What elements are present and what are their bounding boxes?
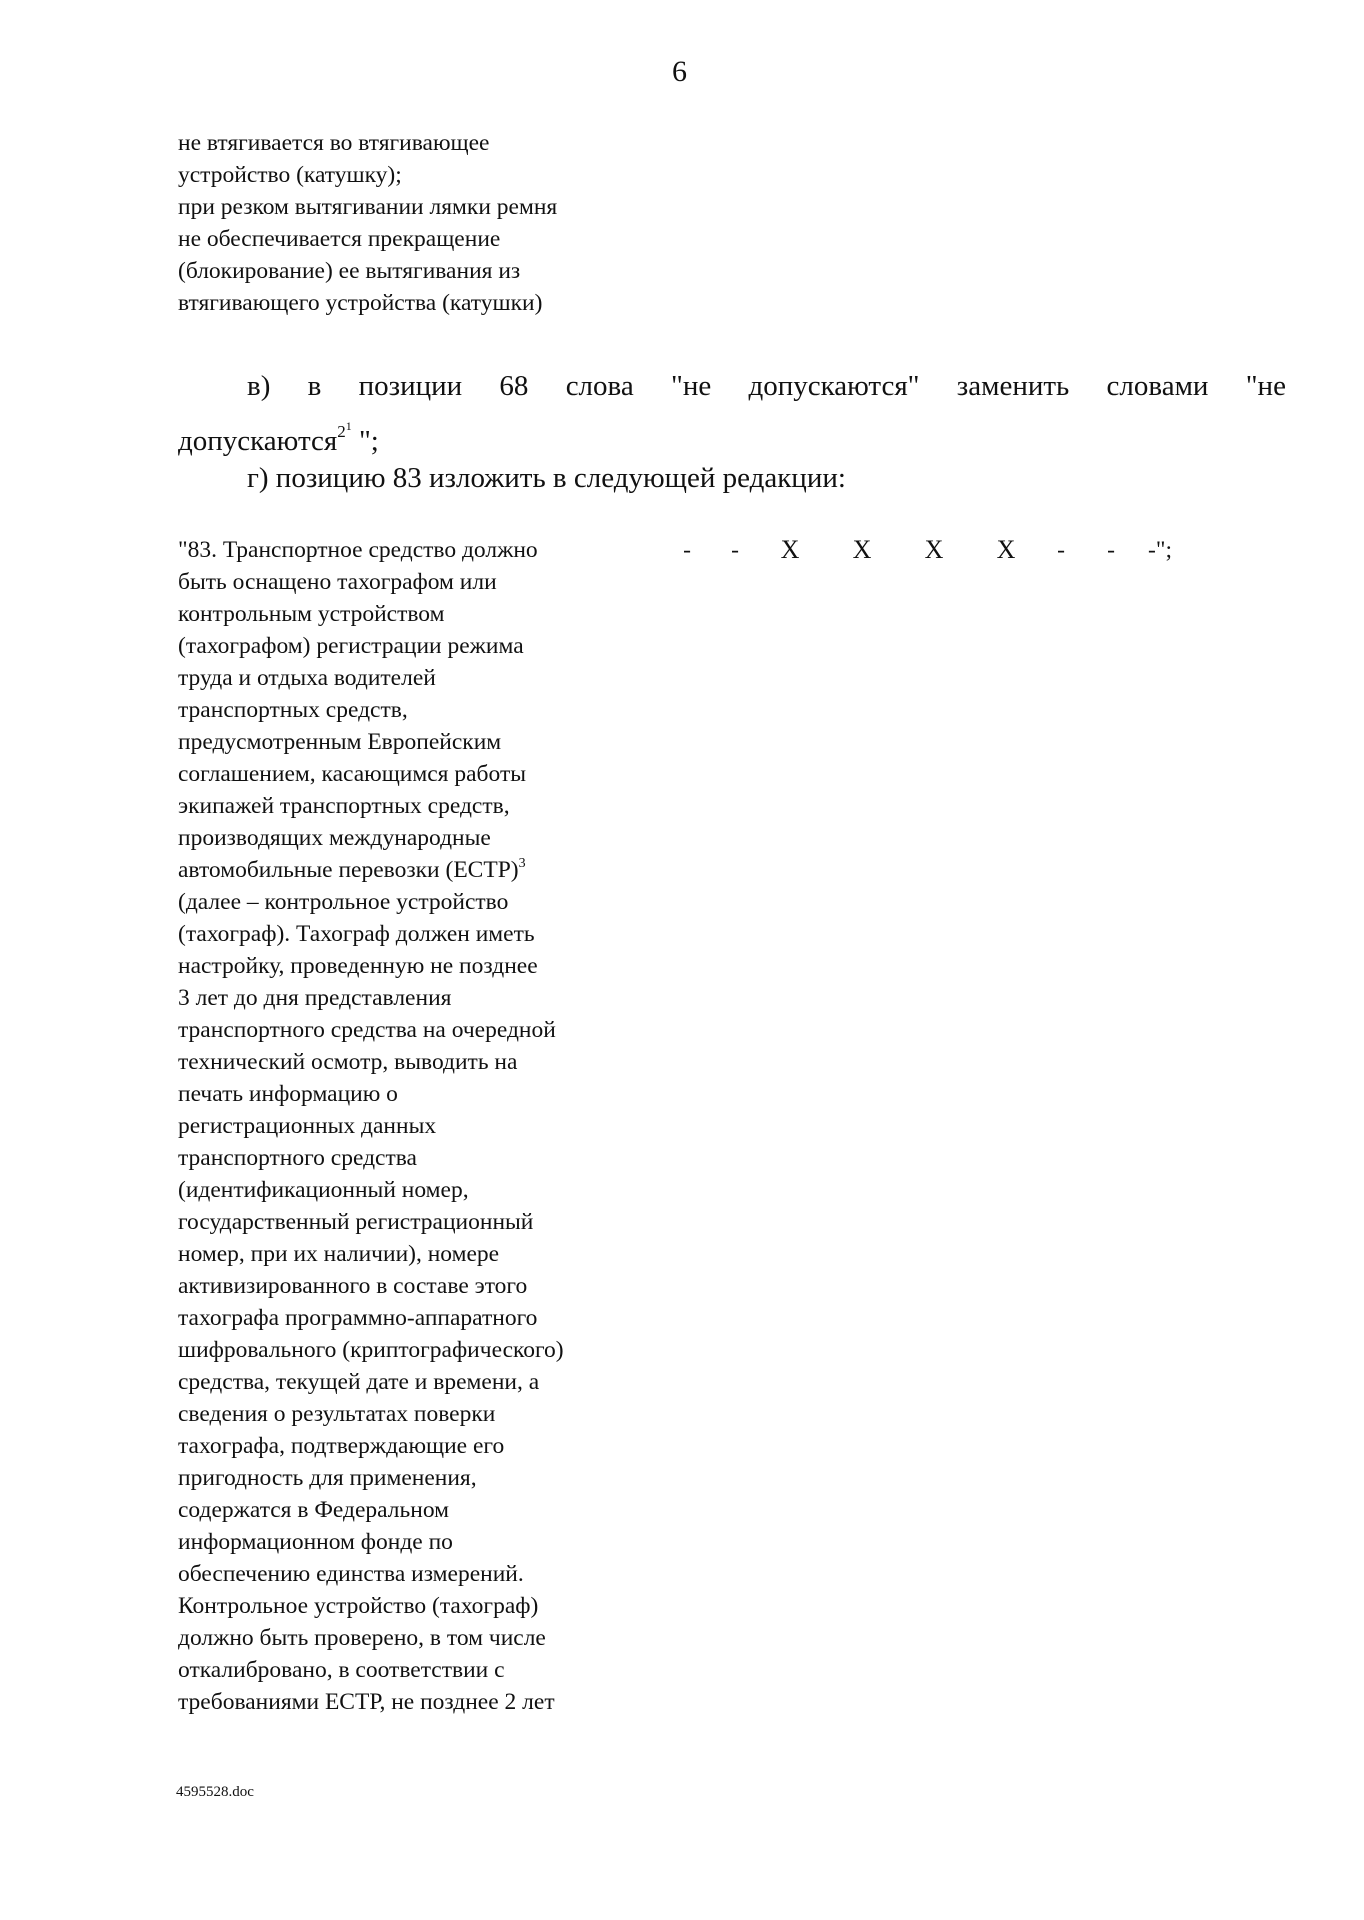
text-line: тахографа, подтверждающие его	[178, 1430, 678, 1462]
footer-filename: 4595528.doc	[176, 1782, 254, 1802]
text-line: при резком вытягивании лямки ремня	[178, 191, 678, 223]
word: заменить	[957, 366, 1070, 406]
text-line: контрольным устройством	[178, 598, 678, 630]
text-line: не втягивается во втягивающее	[178, 127, 678, 159]
text-line: печать информацию о	[178, 1078, 678, 1110]
not-applicable-mark: -	[683, 534, 691, 566]
text-line: регистрационных данных	[178, 1110, 678, 1142]
text-line: предусмотренным Европейским	[178, 726, 678, 758]
text-line: Контрольное устройство (тахограф)	[178, 1590, 678, 1622]
text-line: должно быть проверено, в том числе	[178, 1622, 678, 1654]
not-applicable-mark: -	[1057, 534, 1065, 566]
text-line: (далее – контрольное устройство	[178, 886, 678, 918]
text-line: содержатся в Федеральном	[178, 1494, 678, 1526]
text-line: шифровального (криптографического)	[178, 1334, 678, 1366]
continued-requirement-text: не втягивается во втягивающее устройство…	[178, 127, 678, 319]
text-line: производящих международные	[178, 822, 678, 854]
position-83-text: "83. Транспортное средство должнобыть ос…	[178, 534, 678, 1718]
text-line: номер, при их наличии), номере	[178, 1238, 678, 1270]
text-line: сведения о результатах поверки	[178, 1398, 678, 1430]
text-line: не обеспечивается прекращение	[178, 223, 678, 255]
text-line: соглашением, касающимся работы	[178, 758, 678, 790]
text-line: обеспечению единства измерений.	[178, 1558, 678, 1590]
text-line: транспортного средства	[178, 1142, 678, 1174]
text-line: быть оснащено тахографом или	[178, 566, 678, 598]
text-line: транспортного средства на очередной	[178, 1014, 678, 1046]
text: допускаются	[178, 425, 337, 457]
text-line: устройство (катушку);	[178, 159, 678, 191]
page-number: 6	[672, 52, 687, 92]
text-line: технический осмотр, выводить на	[178, 1046, 678, 1078]
footnote-reference: 3	[519, 856, 526, 871]
text-line: информационном фонде по	[178, 1526, 678, 1558]
word: в	[308, 366, 322, 406]
word: "не	[671, 366, 711, 406]
footnote-number: 2	[337, 422, 346, 441]
word: в)	[247, 366, 270, 406]
word: позиции	[359, 366, 463, 406]
text-line: государственный регистрационный	[178, 1206, 678, 1238]
text-line: требованиями ЕСТР, не позднее 2 лет	[178, 1686, 678, 1718]
text-line: 3 лет до дня представления	[178, 982, 678, 1014]
text-line: труда и отдыха водителей	[178, 662, 678, 694]
text-line: активизированного в составе этого	[178, 1270, 678, 1302]
word: слова	[566, 366, 634, 406]
applicable-mark: X	[925, 534, 944, 566]
footnote-reference: 21	[337, 422, 352, 441]
text-line: средства, текущей дате и времени, а	[178, 1366, 678, 1398]
word: допускаются"	[748, 366, 919, 406]
text-line: откалибровано, в соответствии с	[178, 1654, 678, 1686]
text-line: (блокирование) ее вытягивания из	[178, 255, 678, 287]
word: словами	[1107, 366, 1209, 406]
text-line: настройку, проведенную не позднее	[178, 950, 678, 982]
applicable-mark: X	[781, 534, 800, 566]
text-line: (тахографом) регистрации режима	[178, 630, 678, 662]
text-line: тахографа программно-аппаратного	[178, 1302, 678, 1334]
not-applicable-mark: -	[1107, 534, 1115, 566]
amendment-paragraph-g: г) позицию 83 изложить в следующей редак…	[247, 458, 846, 498]
not-applicable-mark: -";	[1148, 534, 1172, 566]
text-line: экипажей транспортных средств,	[178, 790, 678, 822]
applicable-mark: X	[997, 534, 1016, 566]
amendment-paragraph-v: в) в позиции 68 слова "не допускаются" з…	[178, 366, 1286, 406]
vehicle-category-marks: --XXXX---";	[640, 534, 1300, 566]
text: ";	[352, 425, 379, 457]
word: 68	[499, 366, 528, 406]
text-line: втягивающего устройства (катушки)	[178, 287, 678, 319]
text-line: (идентификационный номер,	[178, 1174, 678, 1206]
applicable-mark: X	[853, 534, 872, 566]
text-line: "83. Транспортное средство должно	[178, 534, 678, 566]
text-line: транспортных средств,	[178, 694, 678, 726]
amendment-paragraph-v-continuation: допускаются21 ";	[178, 421, 379, 461]
text-line: автомобильные перевозки (ЕСТР)3	[178, 854, 678, 886]
word: "не	[1246, 366, 1286, 406]
text-line: (тахограф). Тахограф должен иметь	[178, 918, 678, 950]
text-line: пригодность для применения,	[178, 1462, 678, 1494]
not-applicable-mark: -	[731, 534, 739, 566]
